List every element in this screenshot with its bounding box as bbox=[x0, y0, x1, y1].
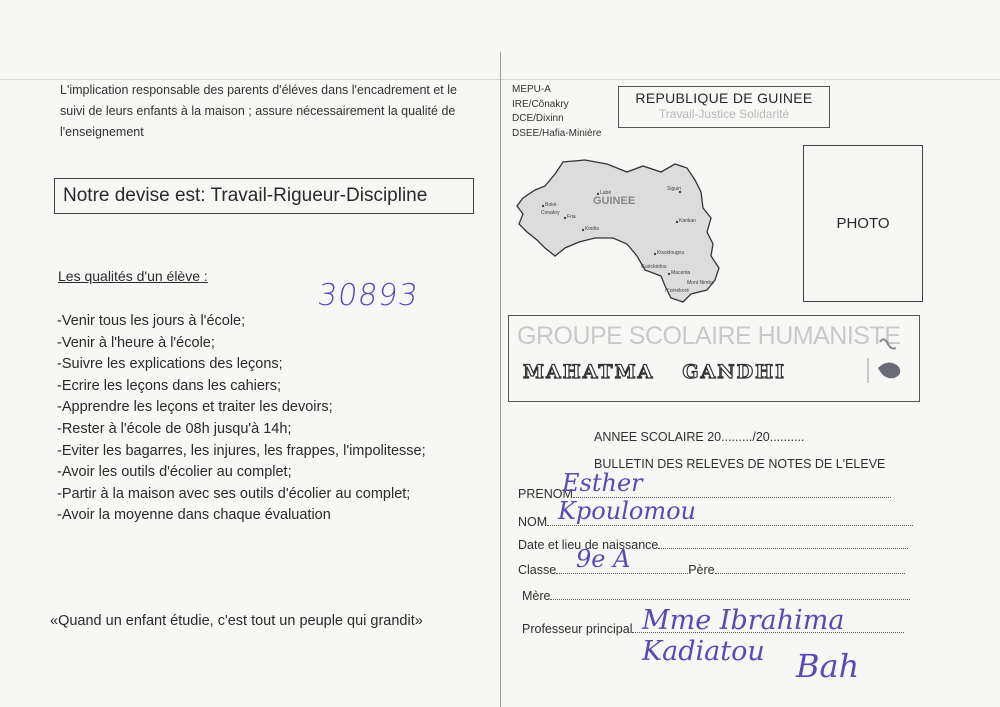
prof-value-line2: Bah bbox=[796, 647, 859, 685]
qualities-list: -Venir tous les jours à l'école; -Venir … bbox=[57, 311, 426, 527]
prenom-value: Esther bbox=[562, 469, 643, 497]
svg-text:Conakry: Conakry bbox=[541, 210, 560, 216]
list-item: -Rester à l'école de 08h jusqu'à 14h; bbox=[57, 419, 426, 441]
school-line-1: GROUPE SCOLAIRE HUMANISTE bbox=[517, 322, 900, 351]
classe-value: 9e A bbox=[576, 545, 630, 573]
photo-label: PHOTO bbox=[836, 215, 889, 232]
school-year: ANNEE SCOLAIRE 20........./20.......... bbox=[594, 430, 805, 444]
svg-text:Kindia: Kindia bbox=[585, 226, 599, 232]
list-item: -Avoir les outils d'écolier au complet; bbox=[57, 462, 426, 484]
svg-text:Boké: Boké bbox=[545, 202, 557, 208]
list-item: -Apprendre les leçons et traiter les dev… bbox=[57, 397, 426, 419]
map-country-label: GUINEE bbox=[593, 195, 635, 207]
photo-placeholder: PHOTO bbox=[803, 145, 923, 302]
svg-text:Guéckédou: Guéckédou bbox=[641, 264, 667, 270]
admin-line: DCE/Dixinn bbox=[512, 112, 601, 127]
nom-value: Kpoulomou bbox=[558, 497, 696, 525]
svg-text:Siguiri: Siguiri bbox=[667, 186, 681, 192]
qualities-title: Les qualités d'un élève : bbox=[58, 268, 208, 284]
svg-text:Labé: Labé bbox=[600, 190, 611, 196]
school-name-box: GROUPE SCOLAIRE HUMANISTE MAHATMAGANDHI bbox=[508, 315, 920, 402]
nom-label: NOM bbox=[518, 515, 547, 529]
svg-text:N'zérékoré: N'zérékoré bbox=[665, 288, 689, 294]
svg-text:Kissidougou: Kissidougou bbox=[657, 250, 684, 256]
list-item: -Eviter les bagarres, les injures, les f… bbox=[57, 441, 426, 463]
svg-text:Macenta: Macenta bbox=[671, 270, 690, 276]
school-name-mahatma: MAHATMA bbox=[523, 361, 654, 383]
republic-title: REPUBLIQUE DE GUINEE bbox=[619, 90, 829, 106]
stamp-mark-icon bbox=[864, 328, 912, 388]
mere-label: Mère bbox=[522, 589, 550, 603]
admin-line: IRE/Cônakry bbox=[512, 98, 601, 113]
list-item: -Venir tous les jours à l'école; bbox=[57, 311, 426, 333]
list-item: -Suivre les explications des leçons; bbox=[57, 354, 426, 376]
admin-hierarchy: MEPU-A IRE/Cônakry DCE/Dixinn DSEE/Hafia… bbox=[512, 83, 601, 141]
svg-text:Kankan: Kankan bbox=[679, 218, 696, 224]
svg-text:Mont Nimba: Mont Nimba bbox=[687, 280, 714, 286]
pere-label: Père bbox=[688, 563, 714, 577]
admin-line: DSEE/Hafia-Minière bbox=[512, 127, 601, 142]
fold-line-vertical bbox=[500, 52, 501, 707]
republic-motto: Travail-Justice Solidarité bbox=[619, 107, 829, 121]
motto-box: Notre devise est: Travail-Rigueur-Discip… bbox=[54, 178, 474, 214]
prof-label: Professeur principal bbox=[522, 622, 632, 636]
list-item: -Avoir la moyenne dans chaque évaluation bbox=[57, 505, 426, 527]
list-item: -Partir à la maison avec ses outils d'éc… bbox=[57, 484, 426, 506]
mere-field[interactable]: Mère bbox=[522, 588, 910, 603]
quote: «Quand un enfant étudie, c'est tout un p… bbox=[50, 613, 423, 629]
classe-label: Classe bbox=[518, 563, 556, 577]
admin-line: MEPU-A bbox=[512, 83, 601, 98]
school-line-2: MAHATMAGANDHI bbox=[523, 361, 814, 383]
prof-value-line1: Mme Ibrahima Kadiatou bbox=[642, 605, 918, 667]
republic-header-box: REPUBLIQUE DE GUINEE Travail-Justice Sol… bbox=[618, 86, 830, 128]
svg-text:Fria: Fria bbox=[567, 214, 576, 220]
guinea-map-icon: GUINEE Labé Boké Conakry Fria Kindia Sig… bbox=[515, 152, 730, 307]
list-item: -Ecrire les leçons dans les cahiers; bbox=[57, 376, 426, 398]
parent-involvement-text: L'implication responsable des parents d'… bbox=[60, 80, 480, 143]
list-item: -Venir à l'heure à l'école; bbox=[57, 333, 426, 355]
school-name-gandhi: GANDHI bbox=[682, 361, 786, 383]
handwritten-number: 30893 bbox=[316, 278, 421, 313]
